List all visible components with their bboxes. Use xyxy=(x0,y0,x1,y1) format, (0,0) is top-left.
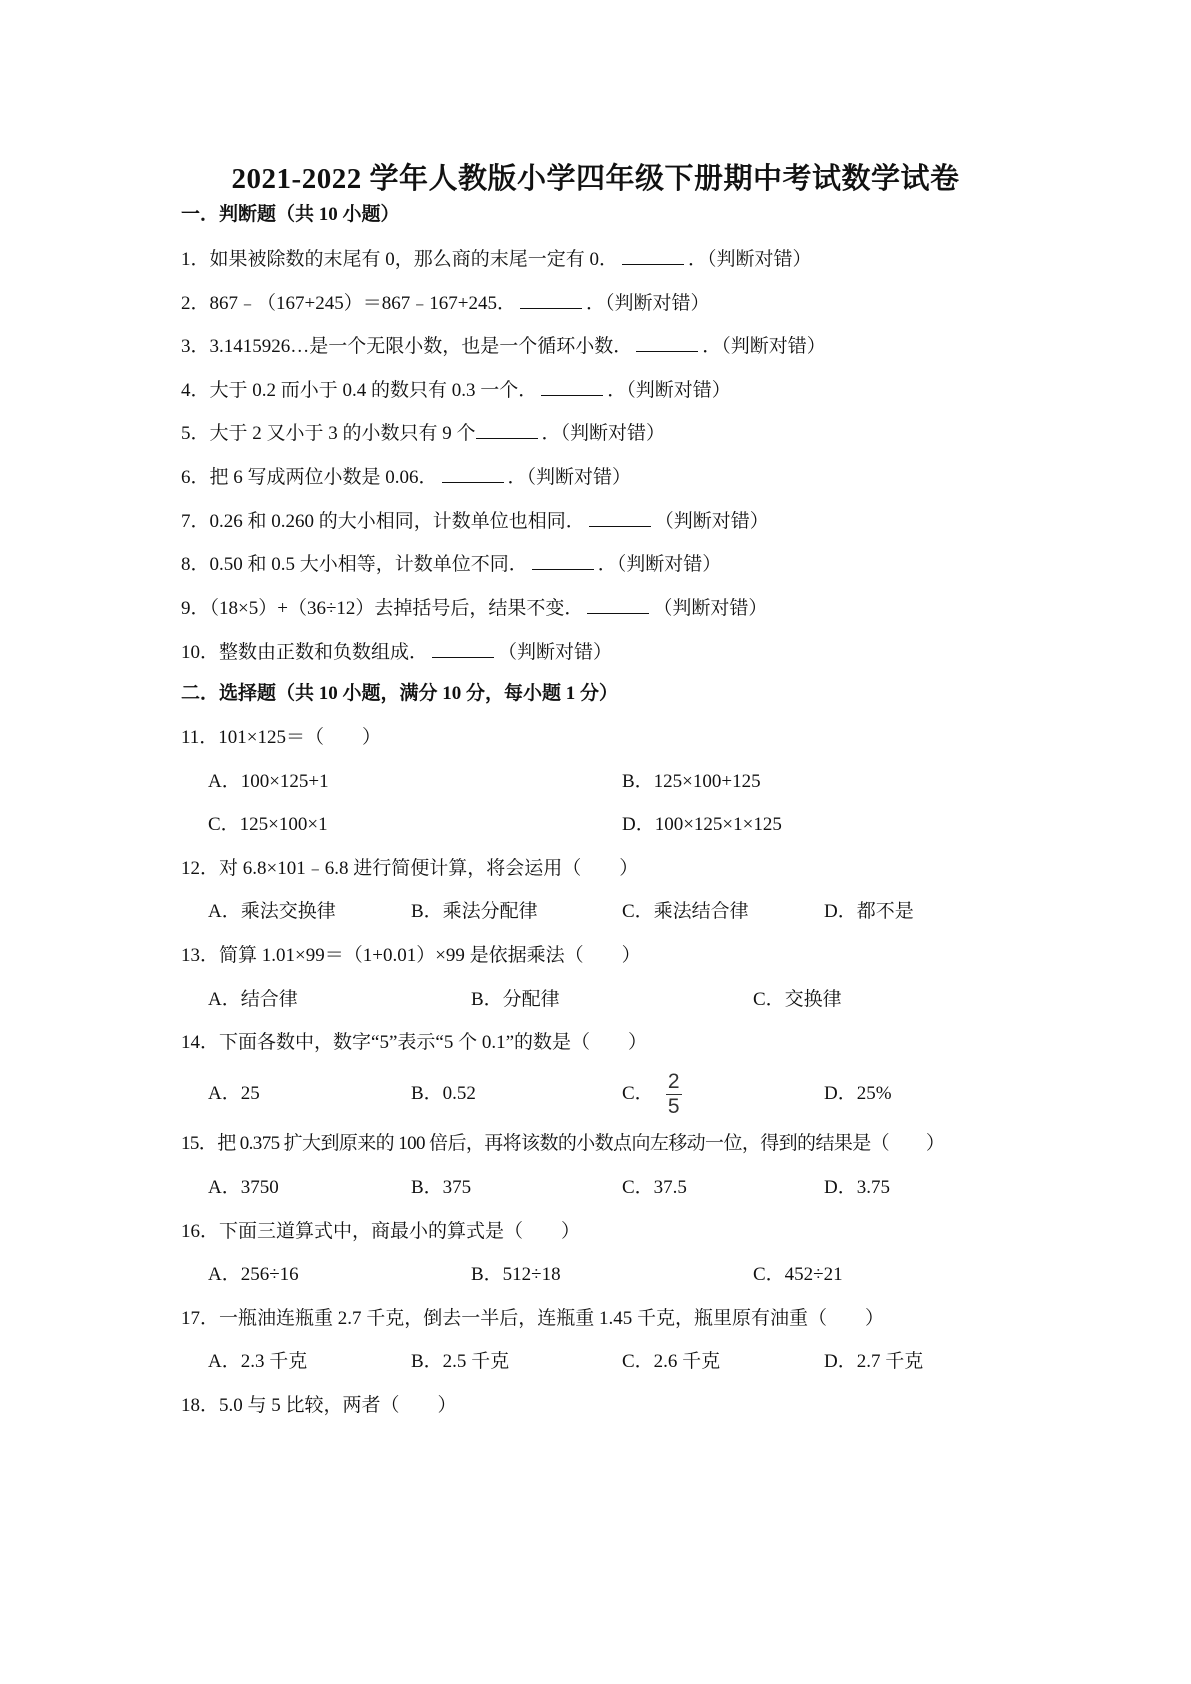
question-suffix: ．（判断对错） xyxy=(542,423,666,444)
question-number: 4． xyxy=(181,380,210,401)
question-text: 867﹣（167+245）＝867﹣167+245． xyxy=(210,293,516,314)
option-d[interactable]: D．25% xyxy=(824,1082,892,1106)
answer-blank[interactable] xyxy=(442,464,504,483)
answer-blank[interactable] xyxy=(476,420,538,439)
option-a[interactable]: A．25 xyxy=(208,1082,260,1106)
option-b[interactable]: B．125×100+125 xyxy=(622,770,761,794)
option-b[interactable]: B．2.5 千克 xyxy=(411,1350,509,1374)
question-suffix: ．（判断对错） xyxy=(702,336,826,357)
question-suffix: ．（判断对错） xyxy=(508,467,632,488)
question-text: 大于 0.2 而小于 0.4 的数只有 0.3 一个． xyxy=(210,380,538,401)
question-text: 简算 1.01×99＝（1+0.01）×99 是依据乘法（ ） xyxy=(219,945,641,966)
option-a[interactable]: A．2.3 千克 xyxy=(208,1350,307,1374)
option-b[interactable]: B．0.52 xyxy=(411,1082,476,1106)
question-number: 17． xyxy=(181,1308,219,1329)
question-2: 2．867﹣（167+245）＝867﹣167+245．．（判断对错） xyxy=(181,290,709,316)
question-4: 4．大于 0.2 而小于 0.4 的数只有 0.3 一个．．（判断对错） xyxy=(181,377,731,403)
question-suffix: ．（判断对错） xyxy=(688,249,812,270)
question-1: 1．如果被除数的末尾有 0，那么商的末尾一定有 0．．（判断对错） xyxy=(181,246,812,272)
question-8: 8．0.50 和 0.5 大小相等，计数单位不同．．（判断对错） xyxy=(181,551,721,577)
option-b[interactable]: B．512÷18 xyxy=(471,1263,561,1287)
option-d[interactable]: D．2.7 千克 xyxy=(824,1350,923,1374)
question-number: 13． xyxy=(181,945,219,966)
question-text: 下面三道算式中，商最小的算式是（ ） xyxy=(219,1221,580,1242)
question-suffix: （判断对错） xyxy=(498,642,612,663)
numerator: 2 xyxy=(668,1072,680,1092)
option-d[interactable]: D．都不是 xyxy=(824,900,914,924)
question-16: 16．下面三道算式中，商最小的算式是（ ） xyxy=(181,1220,580,1244)
question-suffix: ．（判断对错） xyxy=(607,380,731,401)
question-text: 下面各数中，数字“5”表示“5 个 0.1”的数是（ ） xyxy=(219,1032,647,1053)
denominator: 5 xyxy=(668,1097,680,1117)
option-label: C． xyxy=(622,1083,654,1104)
question-text: 大于 2 又小于 3 的小数只有 9 个 xyxy=(210,423,476,444)
question-12: 12．对 6.8×101﹣6.8 进行简便计算，将会运用（ ） xyxy=(181,857,638,881)
question-text: 5.0 与 5 比较，两者（ ） xyxy=(219,1395,457,1416)
question-text: 对 6.8×101﹣6.8 进行简便计算，将会运用（ ） xyxy=(219,858,638,879)
question-number: 11． xyxy=(181,727,218,748)
question-text: 一瓶油连瓶重 2.7 千克，倒去一半后，连瓶重 1.45 千克，瓶里原有油重（ … xyxy=(219,1308,884,1329)
question-number: 5． xyxy=(181,423,210,444)
question-number: 15． xyxy=(181,1133,217,1154)
question-number: 10． xyxy=(181,642,219,663)
question-5: 5．大于 2 又小于 3 的小数只有 9 个．（判断对错） xyxy=(181,420,665,446)
question-suffix: ．（判断对错） xyxy=(598,554,722,575)
question-suffix: ．（判断对错） xyxy=(586,293,710,314)
option-c[interactable]: C．125×100×1 xyxy=(208,813,328,837)
option-b[interactable]: B．分配律 xyxy=(471,988,560,1012)
question-10: 10．整数由正数和负数组成．（判断对错） xyxy=(181,639,612,665)
option-b[interactable]: B．乘法分配律 xyxy=(411,900,538,924)
question-text: 0.26 和 0.260 的大小相同，计数单位也相同． xyxy=(210,511,585,532)
answer-blank[interactable] xyxy=(520,290,582,309)
question-number: 8． xyxy=(181,554,210,575)
question-13: 13．简算 1.01×99＝（1+0.01）×99 是依据乘法（ ） xyxy=(181,944,641,968)
question-text: 把 6 写成两位小数是 0.06． xyxy=(210,467,438,488)
question-9: 9．（18×5）+（36÷12）去掉括号后，结果不变．（判断对错） xyxy=(181,595,767,621)
question-6: 6．把 6 写成两位小数是 0.06．．（判断对错） xyxy=(181,464,631,490)
question-number: 6． xyxy=(181,467,210,488)
question-text: 3.1415926…是一个无限小数，也是一个循环小数． xyxy=(210,336,633,357)
answer-blank[interactable] xyxy=(589,508,651,527)
question-11: 11．101×125＝（ ） xyxy=(181,726,381,750)
question-number: 16． xyxy=(181,1221,219,1242)
question-number: 9． xyxy=(181,598,210,619)
section-heading-judge: 一．判断题（共 10 小题） xyxy=(181,203,400,227)
answer-blank[interactable] xyxy=(541,377,603,396)
fraction: 25 xyxy=(666,1072,682,1117)
option-a[interactable]: A．100×125+1 xyxy=(208,770,329,794)
section-heading-choice: 二．选择题（共 10 小题，满分 10 分，每小题 1 分） xyxy=(181,682,618,706)
answer-blank[interactable] xyxy=(622,246,684,265)
option-d[interactable]: D．100×125×1×125 xyxy=(622,813,782,837)
question-suffix: （判断对错） xyxy=(655,511,769,532)
answer-blank[interactable] xyxy=(532,551,594,570)
option-c[interactable]: C．37.5 xyxy=(622,1176,687,1200)
option-a[interactable]: A．256÷16 xyxy=(208,1263,299,1287)
question-number: 3． xyxy=(181,336,210,357)
option-d[interactable]: D．3.75 xyxy=(824,1176,890,1200)
question-18: 18．5.0 与 5 比较，两者（ ） xyxy=(181,1394,457,1418)
option-a[interactable]: A．结合律 xyxy=(208,988,298,1012)
question-text: 如果被除数的末尾有 0，那么商的末尾一定有 0． xyxy=(210,249,619,270)
question-suffix: （判断对错） xyxy=(653,598,767,619)
question-number: 14． xyxy=(181,1032,219,1053)
answer-blank[interactable] xyxy=(587,595,649,614)
question-7: 7．0.26 和 0.260 的大小相同，计数单位也相同．（判断对错） xyxy=(181,508,769,534)
question-number: 7． xyxy=(181,511,210,532)
question-text: 整数由正数和负数组成． xyxy=(219,642,428,663)
question-17: 17．一瓶油连瓶重 2.7 千克，倒去一半后，连瓶重 1.45 千克，瓶里原有油… xyxy=(181,1307,884,1331)
question-text: （18×5）+（36÷12）去掉括号后，结果不变． xyxy=(210,598,584,619)
question-number: 18． xyxy=(181,1395,219,1416)
option-c[interactable]: C．25 xyxy=(622,1070,682,1118)
option-b[interactable]: B．375 xyxy=(411,1176,471,1200)
option-c[interactable]: C．乘法结合律 xyxy=(622,900,749,924)
question-text: 0.50 和 0.5 大小相等，计数单位不同． xyxy=(210,554,528,575)
question-number: 1． xyxy=(181,249,210,270)
question-text: 101×125＝（ ） xyxy=(218,727,381,748)
option-a[interactable]: A．3750 xyxy=(208,1176,279,1200)
answer-blank[interactable] xyxy=(432,639,494,658)
question-text: 把 0.375 扩大到原来的 100 倍后，再将该数的小数点向左移动一位，得到的… xyxy=(217,1133,944,1154)
question-15: 15．把 0.375 扩大到原来的 100 倍后，再将该数的小数点向左移动一位，… xyxy=(181,1132,944,1156)
question-number: 2． xyxy=(181,293,210,314)
question-number: 12． xyxy=(181,858,219,879)
option-c[interactable]: C．交换律 xyxy=(753,988,842,1012)
answer-blank[interactable] xyxy=(636,333,698,352)
question-3: 3．3.1415926…是一个无限小数，也是一个循环小数．．（判断对错） xyxy=(181,333,826,359)
option-a[interactable]: A．乘法交换律 xyxy=(208,900,336,924)
page-title: 2021-2022 学年人教版小学四年级下册期中考试数学试卷 xyxy=(0,156,1191,197)
question-14: 14．下面各数中，数字“5”表示“5 个 0.1”的数是（ ） xyxy=(181,1031,647,1055)
option-c[interactable]: C．452÷21 xyxy=(753,1263,843,1287)
option-c[interactable]: C．2.6 千克 xyxy=(622,1350,720,1374)
